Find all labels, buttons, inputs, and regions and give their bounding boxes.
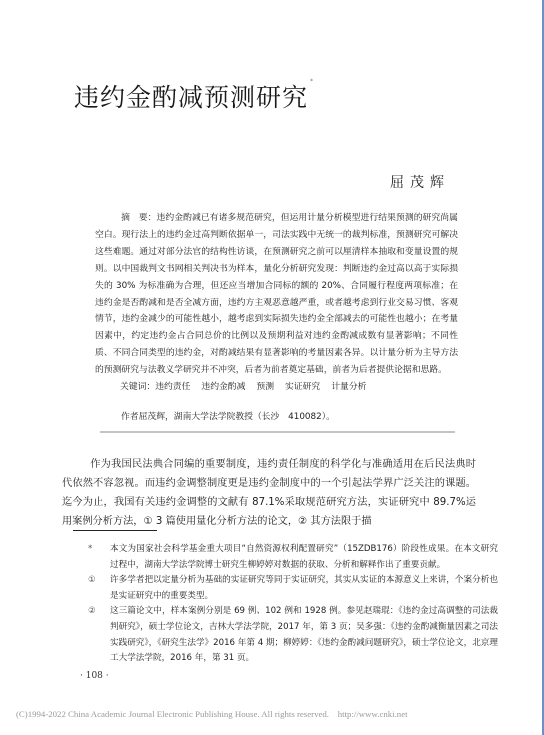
page-number: · 108 · [80,671,109,681]
article-title: 违约金酌减预测研究* [74,78,314,114]
abstract: 摘 要：违约金酌减已有诸多规范研究，但运用计量分析模型进行结果预测的研究尚属空白… [95,210,458,379]
keyword: 实证研究 [285,382,320,392]
author-affiliation: 作者屈茂辉，湖南大学法学院教授（长沙 410082）。 [121,409,335,422]
footnote-mark: ① [88,573,110,604]
abstract-text: 违约金酌减已有诸多规范研究，但运用计量分析模型进行结果预测的研究尚属空白。现行法… [95,213,458,375]
keyword: 预测 [256,382,274,392]
section-divider [100,431,455,433]
keyword: 计量分析 [331,382,366,392]
footnote-item: ① 许多学者把以定量分析为基础的实证研究等同于实证研究，其实从实证的本源意义上来… [88,573,498,604]
keyword: 违约金酌减 [201,382,245,392]
footnote-text: 许多学者把以定量分析为基础的实证研究等同于实证研究，其实从实证的本源意义上来讲，… [110,573,498,604]
footnote-mark: * [88,542,110,573]
footnote-item: ② 这三篇论文中，样本案例分别是 69 例、102 例和 1928 例。参见赵瑞… [88,604,498,666]
keywords-label: 关键词： [120,382,155,392]
footnote-text: 本文为国家社会科学基金重大项目“自然资源权利配置研究”（15ZDB176）阶段性… [110,542,498,573]
abstract-label: 摘 要： [121,213,157,223]
footnotes: * 本文为国家社会科学基金重大项目“自然资源权利配置研究”（15ZDB176）阶… [88,542,498,667]
title-text: 违约金酌减预测研究 [74,83,308,112]
footnote-item: * 本文为国家社会科学基金重大项目“自然资源权利配置研究”（15ZDB176）阶… [88,542,498,573]
author-name: 屈茂辉 [390,172,450,192]
copyright-notice: (C)1994-2022 China Academic Journal Elec… [16,709,408,719]
title-footnote-mark: * [310,78,314,85]
keyword: 违约责任 [155,382,190,392]
keywords: 关键词：违约责任违约金酌减预测实证研究计量分析 [120,379,377,392]
body-paragraph: 作为我国民法典合同编的重要制度，违约责任制度的科学化与准确适用在后民法典时代依然… [62,455,476,531]
footnote-text: 这三篇论文中，样本案例分别是 69 例、102 例和 1928 例。参见赵瑞琨：… [110,604,498,666]
footnote-divider [73,530,157,531]
footnote-mark: ② [88,604,110,666]
body-text: 作为我国民法典合同编的重要制度，违约责任制度的科学化与准确适用在后民法典时代依然… [62,459,476,527]
